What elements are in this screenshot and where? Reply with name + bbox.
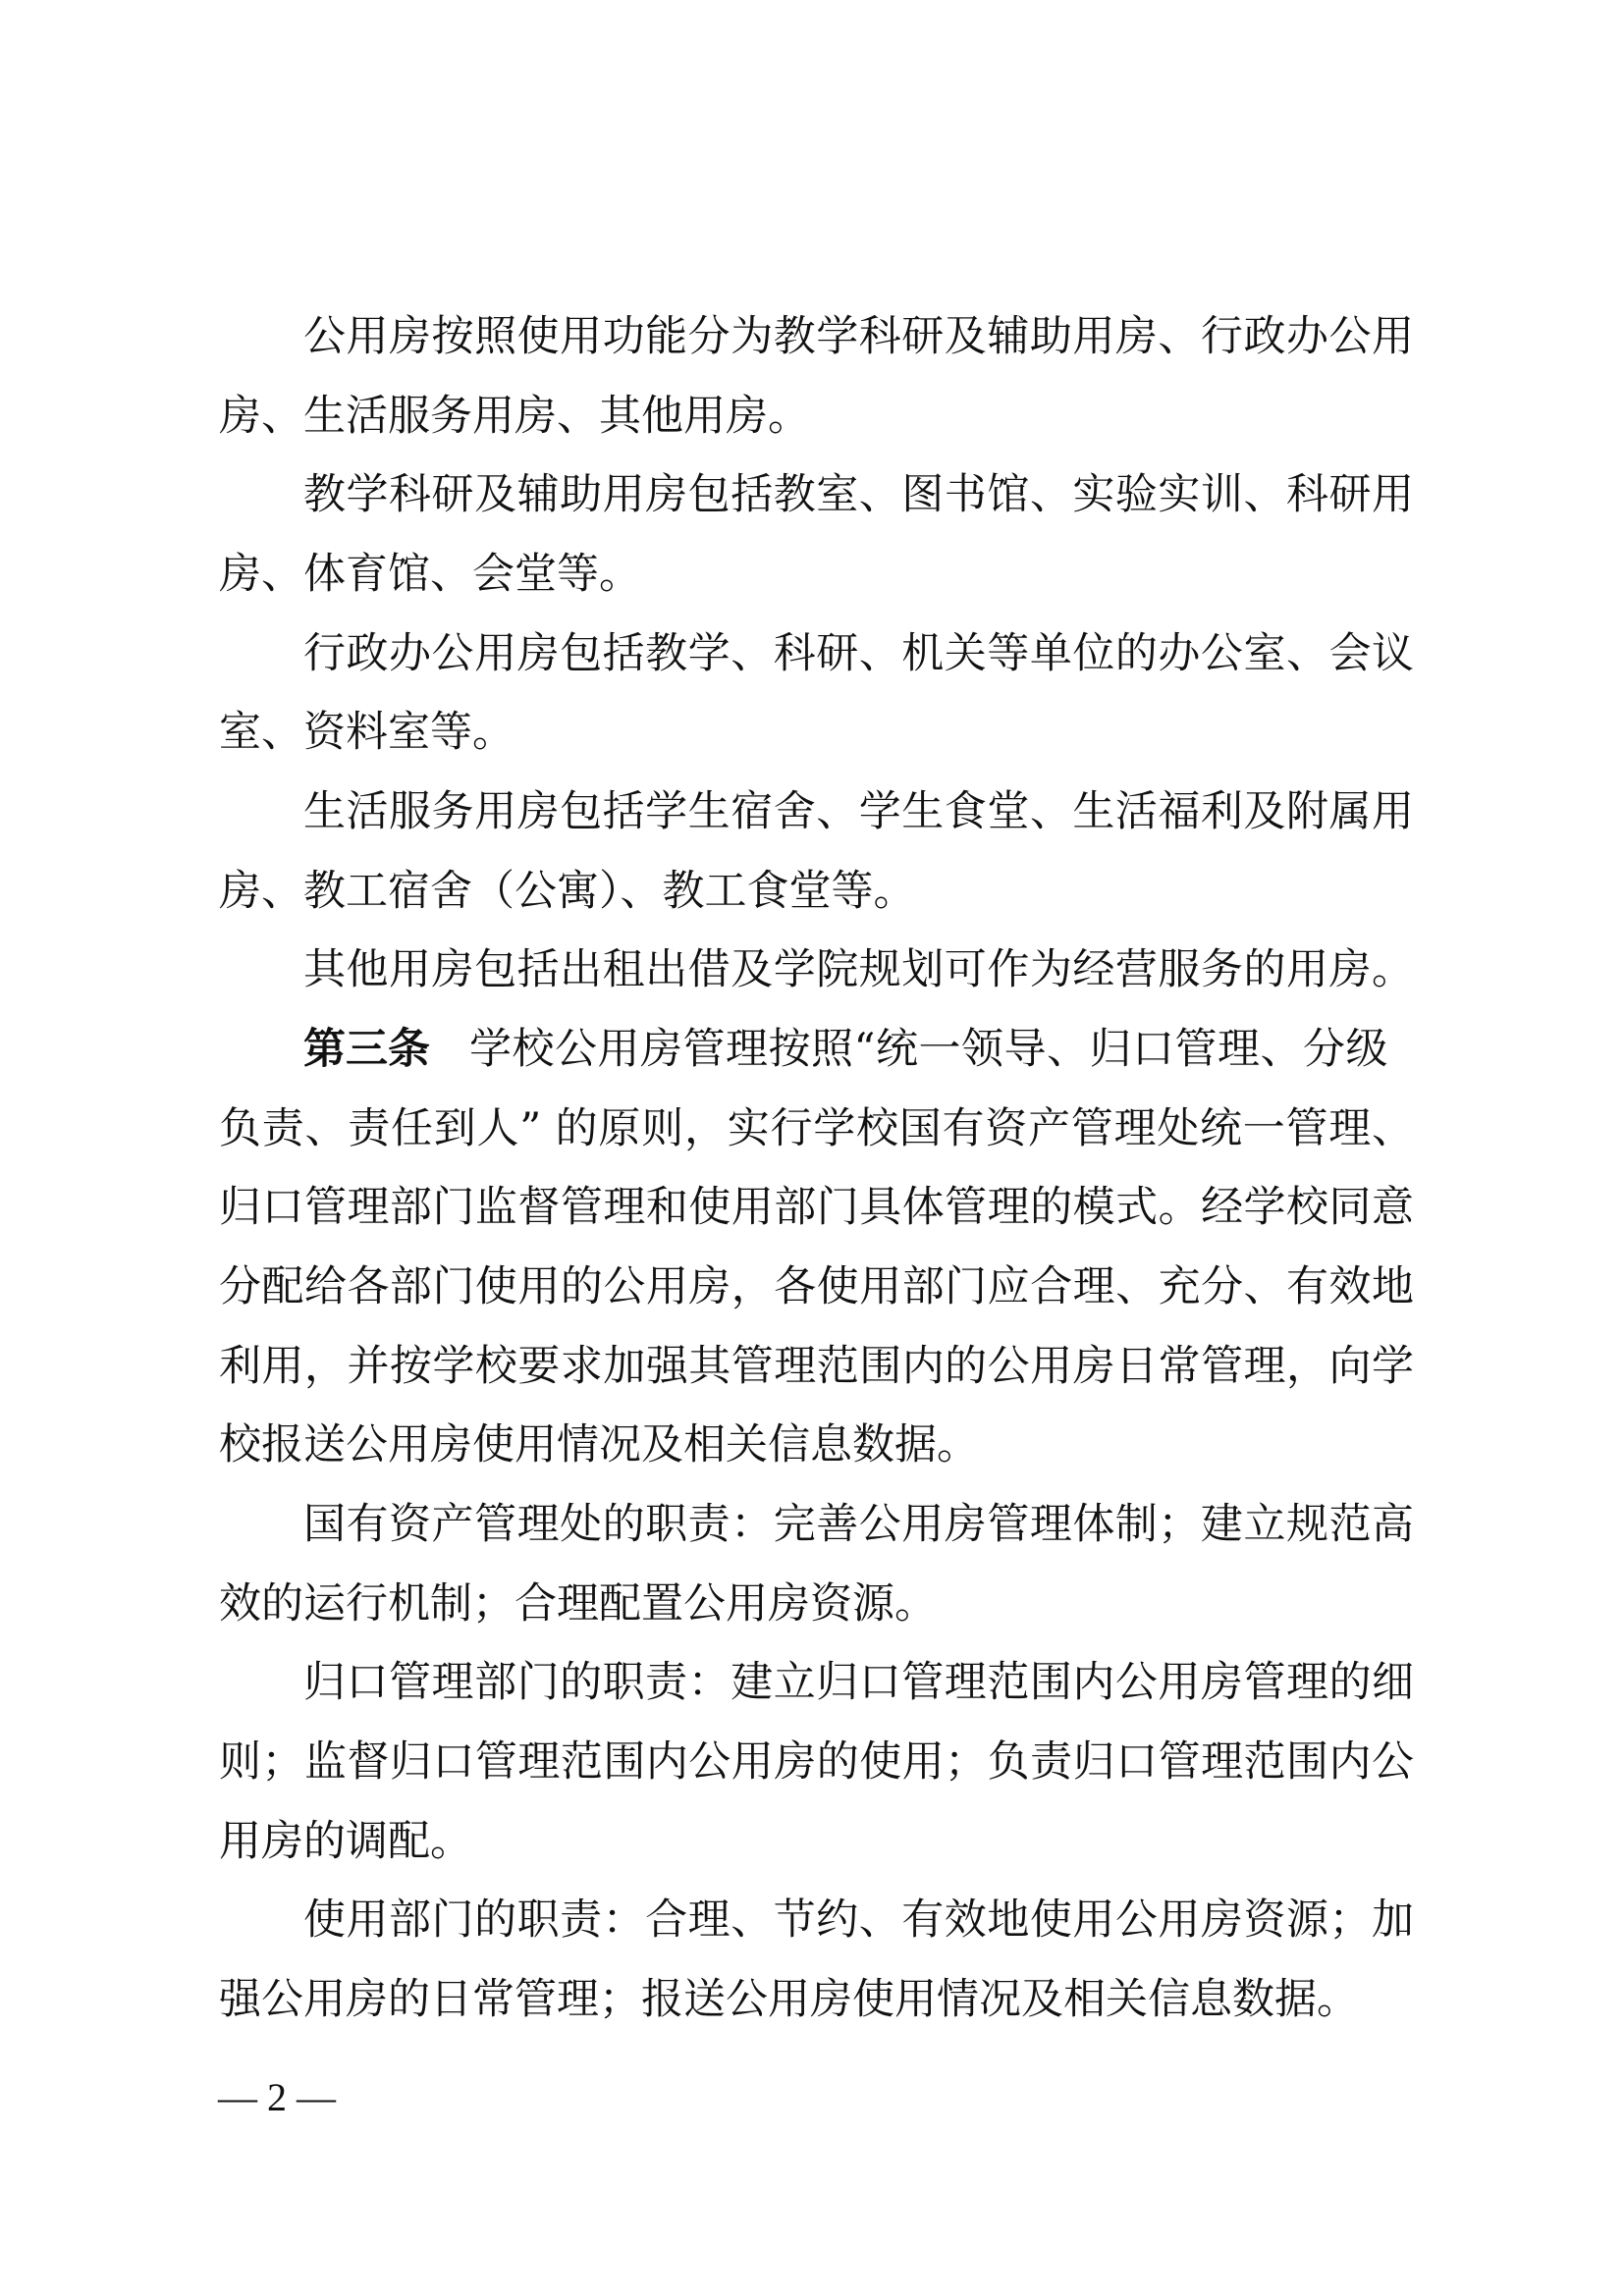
paragraph-line: 教学科研及辅助用房包括教室、图书馆、实验实训、科研用 <box>303 465 1414 524</box>
paragraph-line: 利用，并按学校要求加强其管理范围内的公用房日常管理，向学 <box>219 1337 1414 1396</box>
article-number: 第三条 <box>303 1025 430 1074</box>
paragraph-line: 房、体育馆、会堂等。 <box>219 545 1414 604</box>
paragraph-line: 使用部门的职责：合理、节约、有效地使用公用房资源；加 <box>303 1891 1414 1949</box>
paragraph-line: 公用房按照使用功能分为教学科研及辅助用房、行政办公用 <box>303 307 1414 366</box>
paragraph-line: 归口管理部门监督管理和使用部门具体管理的模式。经学校同意 <box>219 1178 1414 1237</box>
paragraph-line: 房、教工宿舍（公寓）、教工食堂等。 <box>219 862 1414 921</box>
paragraph-line: 分配给各部门使用的公用房，各使用部门应合理、充分、有效地 <box>219 1257 1414 1316</box>
paragraph-line: 效的运行机制；合理配置公用房资源。 <box>219 1575 1414 1633</box>
paragraph-line: 室、资料室等。 <box>219 703 1414 762</box>
paragraph-line: 校报送公用房使用情况及相关信息数据。 <box>219 1415 1414 1474</box>
paragraph-line: 用房的调配。 <box>219 1812 1414 1871</box>
paragraph-line: 房、生活服务用房、其他用房。 <box>219 387 1414 446</box>
paragraph-line: 生活服务用房包括学生宿舍、学生食堂、生活福利及附属用 <box>303 782 1414 841</box>
page-number: — 2 — <box>218 2073 336 2122</box>
article-heading-line: 第三条学校公用房管理按照“统一领导、归口管理、分级 <box>303 1020 1414 1079</box>
paragraph-line: 负责、责任到人” 的原则，实行学校国有资产管理处统一管理、 <box>219 1099 1414 1158</box>
document-page: 公用房按照使用功能分为教学科研及辅助用房、行政办公用 房、生活服务用房、其他用房… <box>0 0 1624 2296</box>
paragraph-line: 国有资产管理处的职责：完善公用房管理体制；建立规范高 <box>303 1495 1414 1554</box>
paragraph-line: 归口管理部门的职责：建立归口管理范围内公用房管理的细 <box>303 1653 1414 1712</box>
paragraph-line: 行政办公用房包括教学、科研、机关等单位的办公室、会议 <box>303 624 1414 683</box>
paragraph-line: 其他用房包括出租出借及学院规划可作为经营服务的用房。 <box>303 940 1414 999</box>
paragraph-line: 强公用房的日常管理；报送公用房使用情况及相关信息数据。 <box>219 1970 1414 2029</box>
article-text: 学校公用房管理按照“统一领导、归口管理、分级 <box>469 1025 1388 1074</box>
paragraph-line: 则；监督归口管理范围内公用房的使用；负责归口管理范围内公 <box>219 1733 1414 1791</box>
